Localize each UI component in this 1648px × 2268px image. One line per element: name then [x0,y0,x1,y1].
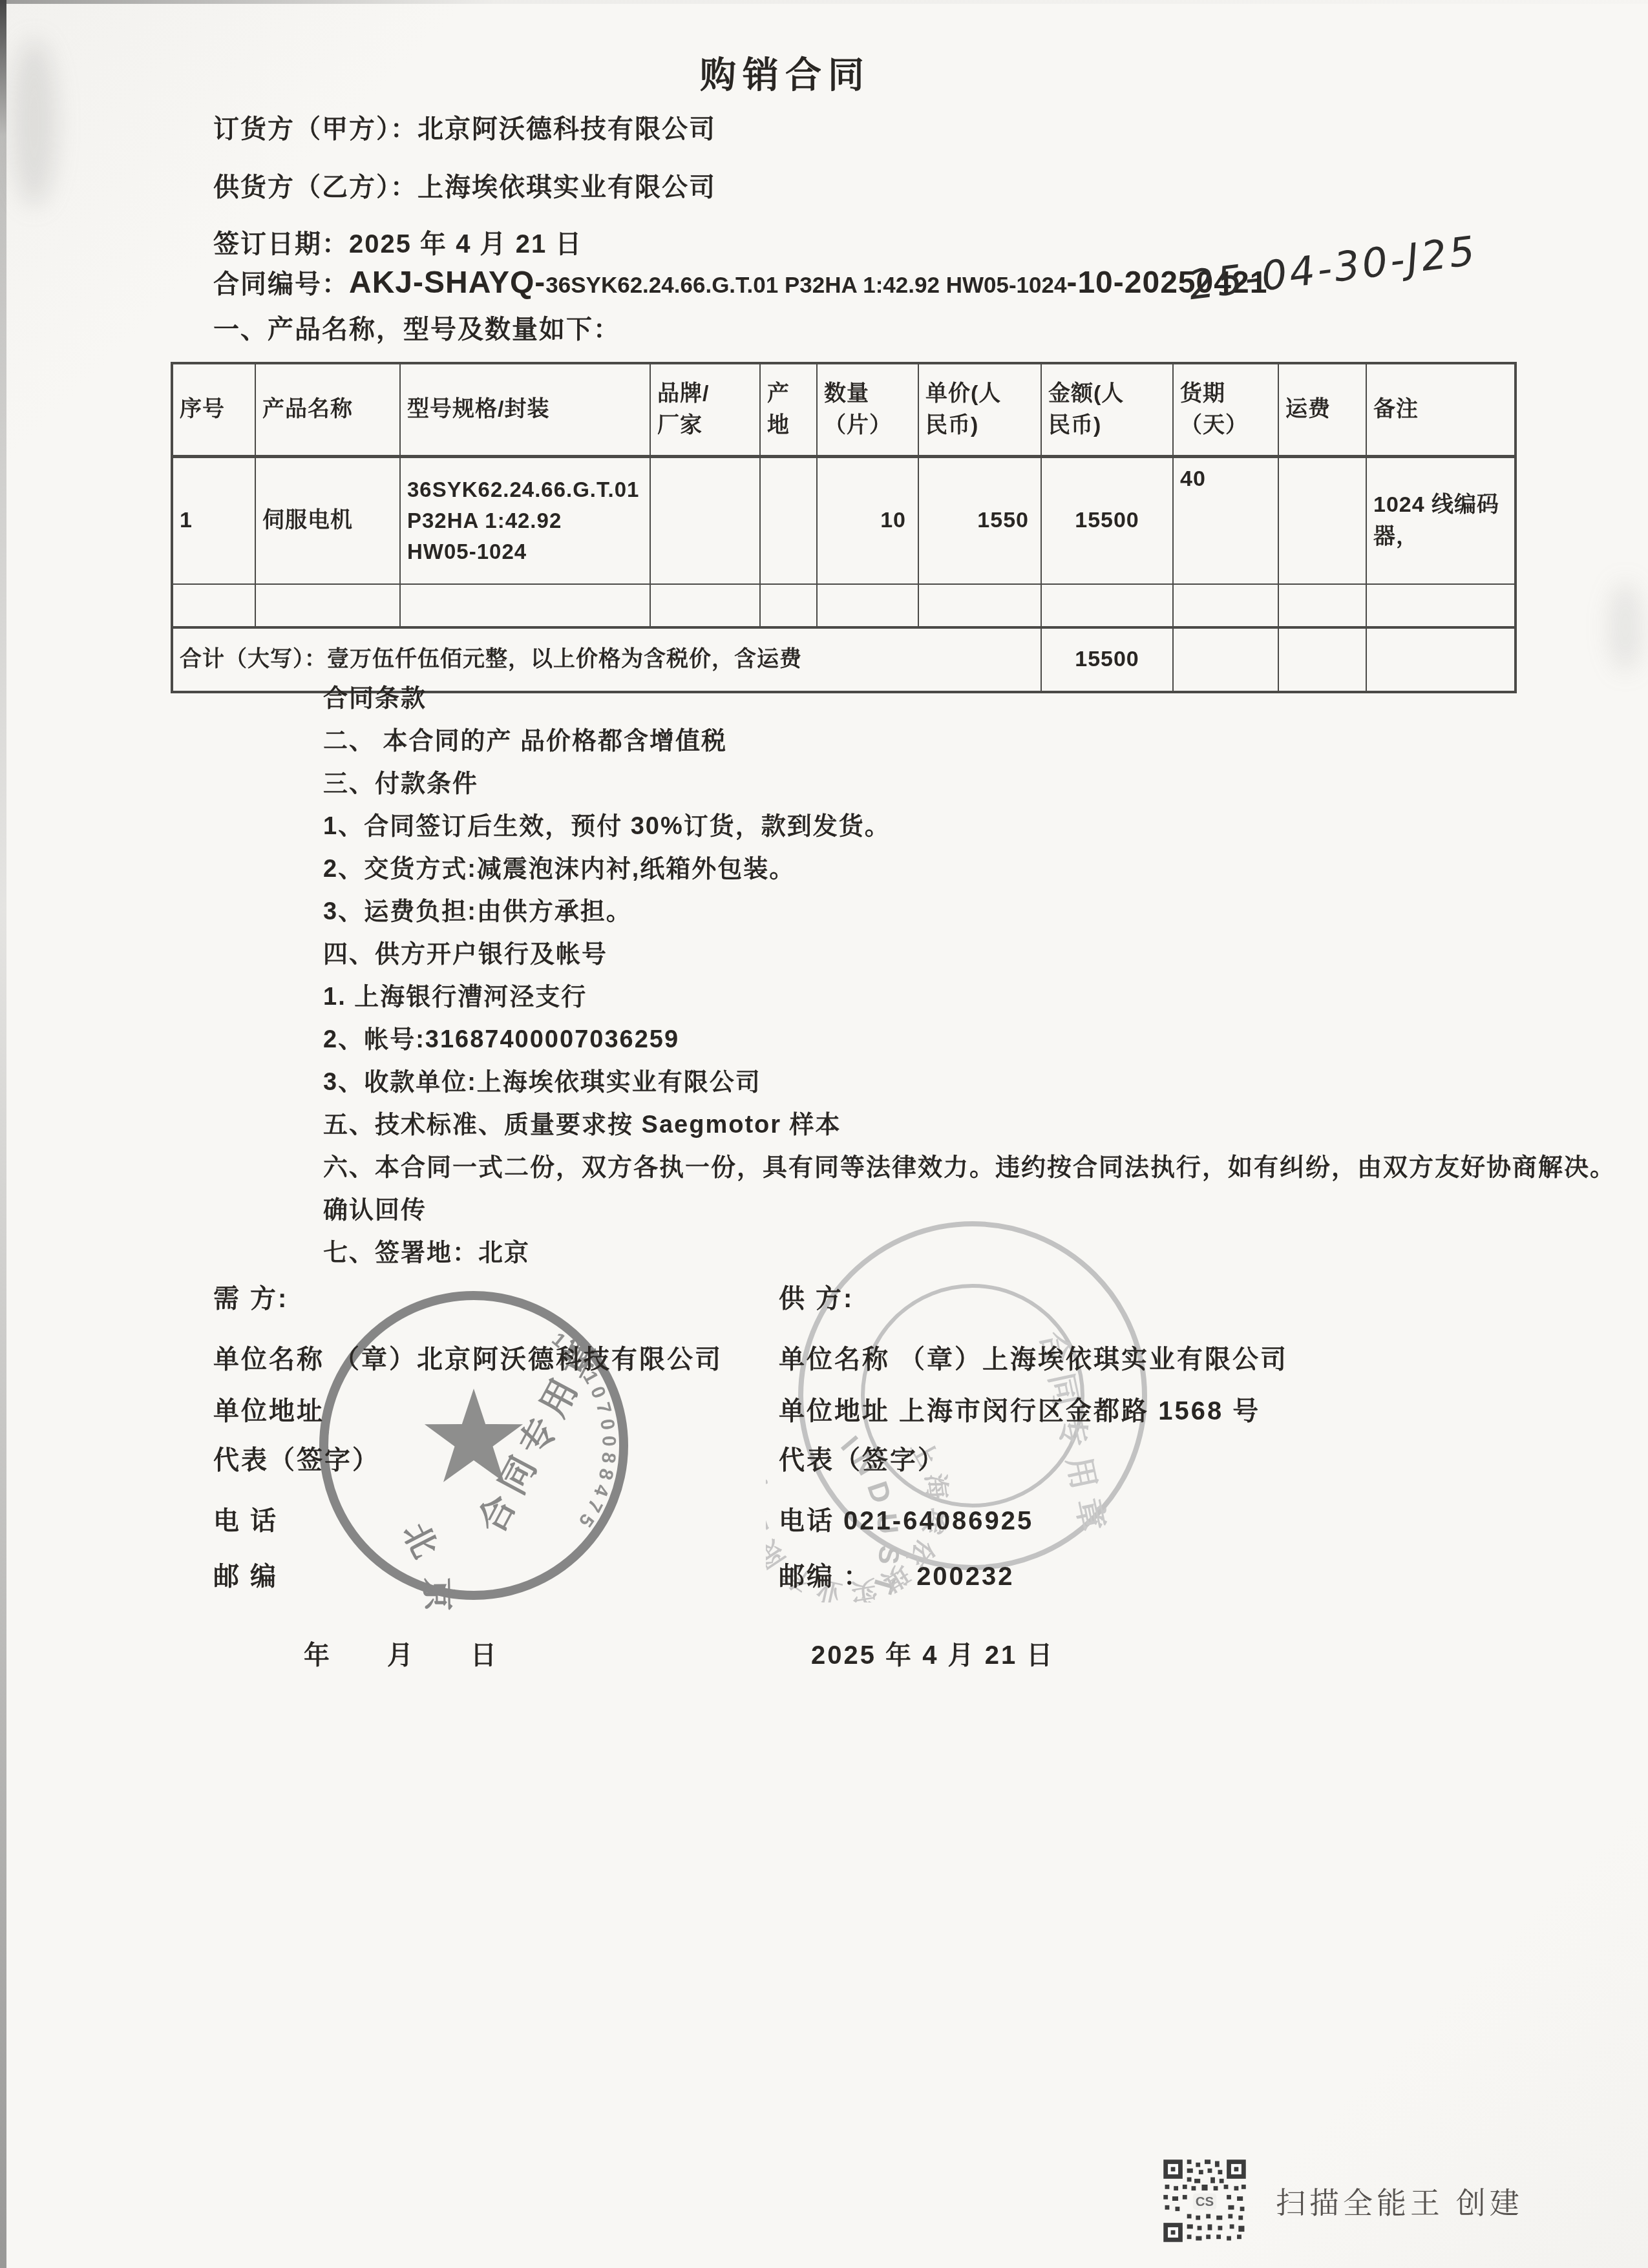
scan-smudge [1609,582,1642,672]
supply-zip-line: 邮编 ：200232 [779,1556,1015,1593]
col-header-origin: 产 地 [760,363,817,457]
cell-freight [1278,457,1366,585]
contract-no-mid: 36SYK62.24.66.G.T.01 P32HA 1:42.92 HW05-… [545,273,1066,298]
demand-rep-label: 代表（签字） [213,1440,380,1476]
col-header-name: 产品名称 [255,363,400,457]
page-title: 购销合同 [0,47,1570,98]
cell-origin [760,457,817,585]
supplier-line: 供货方（乙方）：上海埃依琪实业有限公司 [213,167,716,204]
term-line: 1、合同签订后生效，预付 30%订货，款到发货。 [323,805,1616,848]
table-header-row: 序号 产品名称 型号规格/封装 品牌/ 厂家 产 地 数量 （片） 单价(人 民… [172,363,1516,457]
qr-center-label: CS [1196,2194,1214,2209]
demand-party-title: 需 方: [213,1278,288,1315]
contract-no-line: 合同编号：AKJ-SHAYQ-36SYK62.24.66.G.T.01 P32H… [213,264,1267,300]
supply-party-title: 供 方: [779,1278,854,1315]
cell-lead-time: 40 [1173,457,1278,585]
contract-no-prefix: AKJ-SHAYQ- [349,266,545,300]
cell-unit-price: 1550 [918,457,1041,585]
col-header-amount: 金额(人 民币) [1041,363,1173,457]
demand-phone-label: 电 话 [213,1500,278,1537]
supply-address-line: 单位地址 上海市闵行区金都路 1568 号 [779,1391,1260,1427]
supply-zip-value: 200232 [916,1562,1014,1591]
supply-rep-label: 代表（签字） [779,1440,945,1476]
col-header-remark: 备注 [1366,363,1516,457]
qr-code-icon: CS [1162,2158,1247,2243]
section1-heading: 一、产品名称，型号及数量如下： [213,309,620,346]
cell-name: 伺服电机 [255,457,400,585]
term-line: 二、 本合同的产 品价格都含增值税 [323,720,1616,762]
supply-phone-line: 电话 021-64086925 [779,1500,1033,1537]
demand-date-line: 年 月 日 [304,1635,498,1672]
cell-brand [650,457,760,585]
sign-date-line: 签订日期：2025 年 4 月 21 日 [213,224,582,260]
cell-qty: 10 [817,457,918,585]
goods-table: 序号 产品名称 型号规格/封装 品牌/ 厂家 产 地 数量 （片） 单价(人 民… [171,362,1517,693]
demand-zip-label: 邮 编 [213,1556,278,1593]
col-header-brand: 品牌/ 厂家 [650,363,760,457]
scan-edge-shadow [0,0,6,2268]
contract-document: 购销合同 订货方（甲方）：北京阿沃德科技有限公司 供货方（乙方）：上海埃依琪实业… [0,0,1648,2268]
cell-no: 1 [172,457,255,585]
supply-name-line: 单位名称 （章）上海埃依琪实业有限公司 [779,1339,1288,1376]
col-header-qty: 数量 （片） [817,363,918,457]
term-line: 四、供方开户银行及帐号 [323,933,1616,976]
term-line: 2、交货方式:减震泡沫内衬,纸箱外包装。 [323,848,1616,890]
term-line: 3、运费负担:由供方承担。 [323,890,1616,933]
handwritten-note: 25-04-30-J25 [1186,227,1480,309]
col-header-model: 型号规格/封装 [400,363,650,457]
term-line: 2、帐号:31687400007036259 [323,1018,1616,1061]
supply-zip-label: 邮编 ： [779,1562,871,1591]
camscanner-footer: CS 扫描全能王 创建 [1162,2158,1523,2243]
col-header-no: 序号 [172,363,255,457]
cell-remark: 1024 线编码 器， [1366,457,1516,585]
supply-date-line: 2025 年 4 月 21 日 [811,1635,1054,1672]
term-line: 3、收款单位:上海埃依琪实业有限公司 [323,1061,1616,1104]
term-line: 五、技术标准、质量要求按 Saegmotor 样本 [323,1104,1616,1146]
scan-top-shadow [0,0,1648,4]
col-header-unit-price: 单价(人 民币) [918,363,1041,457]
contract-terms: 合同条款 二、 本合同的产 品价格都含增值税 三、付款条件 1、合同签订后生效，… [323,677,1616,1274]
term-line: 六、本合同一式二份，双方各执一份，具有同等法律效力。违约按合同法执行，如有纠纷，… [323,1146,1616,1189]
cell-amount: 15500 [1041,457,1173,585]
buyer-line: 订货方（甲方）：北京阿沃德科技有限公司 [213,109,716,145]
term-line: 1. 上海银行漕河泾支行 [323,976,1616,1018]
demand-address-label: 单位地址 [213,1391,324,1427]
term-line: 合同条款 [323,677,1616,720]
col-header-freight: 运费 [1278,363,1366,457]
cell-model: 36SYK62.24.66.G.T.01 P32HA 1:42.92 HW05-… [400,457,650,585]
camscanner-caption: 扫描全能王 创建 [1276,2179,1523,2222]
contract-no-label: 合同编号： [213,270,349,299]
table-row: 1 伺服电机 36SYK62.24.66.G.T.01 P32HA 1:42.9… [172,457,1516,585]
term-line: 三、付款条件 [323,762,1616,805]
col-header-lead-time: 货期 （天） [1173,363,1278,457]
table-empty-row [172,584,1516,627]
demand-name-line: 单位名称 （章）北京阿沃德科技有限公司 [213,1339,723,1376]
